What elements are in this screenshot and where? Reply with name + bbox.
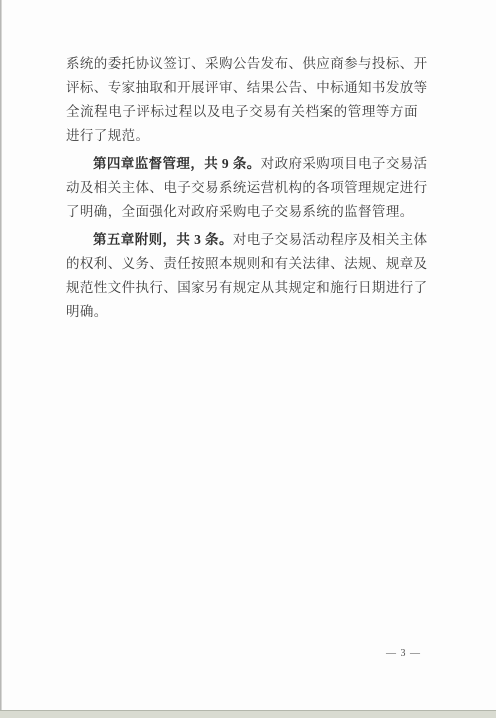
paragraph-3: 第五章附则，共 3 条。对电子交易活动程序及相关主体 的权利、义务、责任按照本规… — [66, 228, 418, 324]
page-left-edge — [0, 0, 2, 718]
paragraph-1: 系统的委托协议签订、采购公告发布、供应商参与投标、开 评标、专家抽取和开展评审、… — [66, 52, 418, 148]
page-bottom-edge — [0, 710, 496, 718]
document-page: 系统的委托协议签订、采购公告发布、供应商参与投标、开 评标、专家抽取和开展评审、… — [0, 0, 496, 718]
page-number: — 3 — — [386, 648, 421, 659]
paragraph-2: 第四章监督管理，共 9 条。对政府采购项目电子交易活 动及相关主体、电子交易系统… — [66, 152, 418, 224]
chapter-5-heading: 第五章附则，共 3 条。 — [93, 232, 233, 247]
text-line: 第五章附则，共 3 条。对电子交易活动程序及相关主体 — [66, 228, 418, 252]
text-line: 评标、专家抽取和开展评审、结果公告、中标通知书发放等 — [66, 76, 418, 100]
text-line: 的权利、义务、责任按照本规则和有关法律、法规、规章及 — [66, 252, 418, 276]
text-segment: 对政府采购项目电子交易活 — [261, 156, 428, 171]
document-body: 系统的委托协议签订、采购公告发布、供应商参与投标、开 评标、专家抽取和开展评审、… — [66, 52, 418, 328]
text-line: 全流程电子评标过程以及电子交易有关档案的管理等方面 — [66, 100, 418, 124]
chapter-4-heading: 第四章监督管理，共 9 条。 — [93, 156, 261, 171]
text-line: 动及相关主体、电子交易系统运营机构的各项管理规定进行 — [66, 176, 418, 200]
text-line: 了明确，全面强化对政府采购电子交易系统的监督管理。 — [66, 200, 418, 224]
text-segment: 对电子交易活动程序及相关主体 — [233, 232, 428, 247]
text-line: 明确。 — [66, 300, 418, 324]
text-line: 进行了规范。 — [66, 124, 418, 148]
text-line: 系统的委托协议签订、采购公告发布、供应商参与投标、开 — [66, 52, 418, 76]
text-line: 规范性文件执行、国家另有规定从其规定和施行日期进行了 — [66, 276, 418, 300]
text-line: 第四章监督管理，共 9 条。对政府采购项目电子交易活 — [66, 152, 418, 176]
